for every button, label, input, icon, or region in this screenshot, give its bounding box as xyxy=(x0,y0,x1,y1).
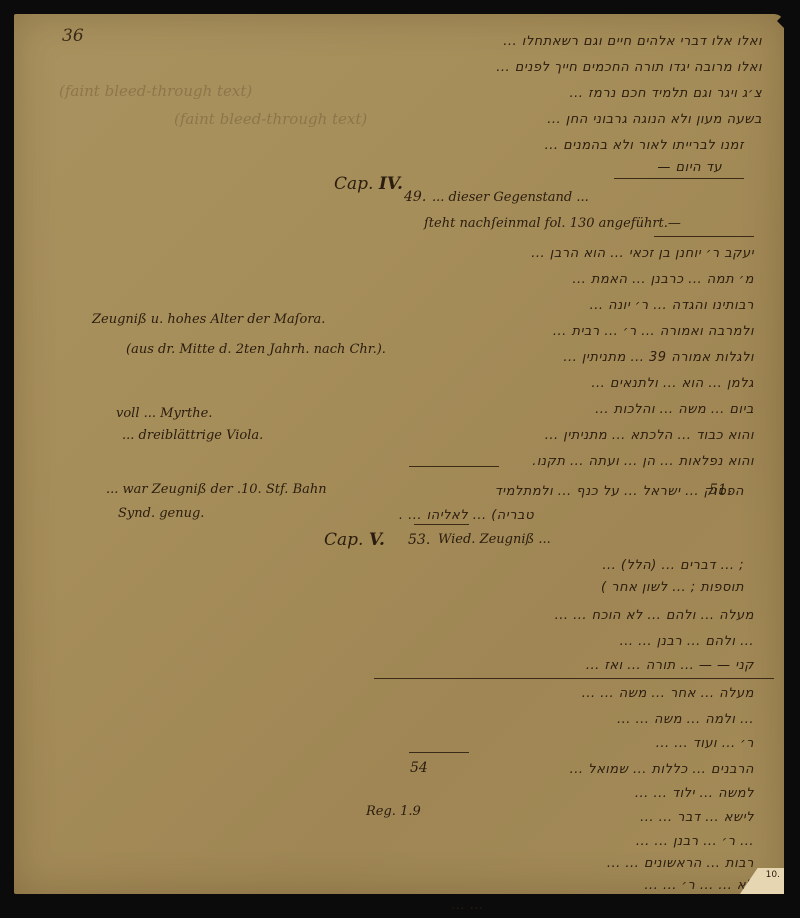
hebrew-line: והוא כבוד ... הלכתא ... מתניתין ... xyxy=(545,428,754,443)
hebrew-line: ר׳ ... ועוד ... ... xyxy=(656,736,754,751)
hebrew-line: צ׳ג ויגר וגם תלמיד חכם נרמז ... xyxy=(570,86,762,101)
section-number-49: 49. xyxy=(404,189,426,205)
hebrew-line: לישא ... דבר ... ... xyxy=(640,810,754,825)
section-divider xyxy=(374,678,774,679)
section-number-51: 51. xyxy=(709,482,731,498)
section-divider xyxy=(409,466,499,467)
margin-note: Zeugniß u. hohes Alter der Maſora. xyxy=(92,312,325,327)
hebrew-line: רבות ... הראשונים ... ... xyxy=(607,856,754,871)
chapter-heading-cap-v: Cap. V. xyxy=(324,530,385,550)
hebrew-line: תוספות ; ... לשון אחר ) xyxy=(601,580,744,595)
hebrew-line: והוא נפלאות ... הן ... ועתה ... תקנו. xyxy=(532,454,754,469)
hebrew-line: ולמרבה ואמורה ... ר׳ ... רבית ... xyxy=(553,324,754,339)
hebrew-line: מ׳ תמה ... כרבנן ... האמת ... xyxy=(572,272,754,287)
hebrew-line: זמנו לברייתו לאור ולא בהמנים ... xyxy=(545,138,744,153)
hebrew-line: מעלה ... ולהם ... לא הוכח ... ... xyxy=(555,608,754,623)
chapter-numeral: IV. xyxy=(379,174,403,194)
section-divider xyxy=(414,524,469,525)
hebrew-line: ... ולמה ... משה ... ... xyxy=(617,712,754,727)
hebrew-line: ולגלות אמורה 39 ... מתניתין ... xyxy=(563,350,754,365)
margin-note: (aus dr. Mitte d. 2ten Jahrh. nach Chr.)… xyxy=(126,342,386,357)
section-divider xyxy=(614,178,744,179)
hebrew-line: הפסוק ... ישראל ... על כנף ... ולמתלמיד xyxy=(495,484,744,499)
margin-note: Synd. genug. xyxy=(118,506,204,521)
chapter-numeral: V. xyxy=(369,530,385,550)
hebrew-line: יעקב ר׳ יוחנן בן זכאי ... הוא הרבן ... xyxy=(531,246,754,261)
hebrew-line: בשעה מעון ולא הנוגה גרבוני החן ... xyxy=(547,112,762,127)
hebrew-line: מעלה ... אחר ... משה ... ... xyxy=(582,686,754,701)
hebrew-line: טבריה) ... לאליהו ... . xyxy=(399,508,534,523)
german-inline-note: Wied. Zeugniß ... xyxy=(438,532,551,547)
section-divider xyxy=(409,752,469,753)
chapter-prefix: Cap. xyxy=(324,530,363,550)
german-line: ſteht nachſeinmal fol. 130 angeführt.— xyxy=(424,216,681,231)
hebrew-line: ואלו מרובה יגדו תורה החכמים חייך לפנים .… xyxy=(496,60,762,75)
hebrew-line: גלמן ... הוא ... ולתנאים ... xyxy=(591,376,754,391)
page-number: 36 xyxy=(62,26,84,46)
margin-note: voll ... Myrthe. xyxy=(116,406,212,421)
section-number-53: 53. xyxy=(408,532,430,548)
chapter-prefix: Cap. xyxy=(334,174,373,194)
hebrew-line: רבותינו והגדה ... ר׳ יונה ... xyxy=(590,298,754,313)
bleed-through-line: (faint bleed-through text) xyxy=(59,82,252,100)
hebrew-line: ביום ... משה ... והלכות ... xyxy=(595,402,754,417)
chapter-heading-cap-iv: Cap. IV. xyxy=(334,174,403,194)
margin-note: ... war Zeugniß der .10. Stf. Bahn xyxy=(106,482,327,497)
manuscript-page: 36 (faint bleed-through text) (faint ble… xyxy=(14,14,784,894)
hebrew-line: ... ולהם ... רבנן ... ... xyxy=(620,634,754,649)
hebrew-line: ואלו אלו דברי אלהים חיים וגם רשאתחלו ... xyxy=(503,34,762,49)
margin-note: ... dreiblättrige Viola. xyxy=(122,428,263,443)
hebrew-line: הרבנים ... כללות ... שמואל ... xyxy=(570,762,754,777)
section-number-54: 54 xyxy=(410,760,428,776)
hebrew-line: ... ... xyxy=(452,898,484,913)
bleed-through-line: (faint bleed-through text) xyxy=(174,110,367,128)
german-line: ... dieser Gegenstand ... xyxy=(432,190,589,205)
margin-note-reference: Reg. 1.9 xyxy=(366,804,421,819)
hebrew-line: קני — — ... תורה ... ואז ... xyxy=(586,658,754,673)
hebrew-line: למשה ... ילוד ... ... xyxy=(635,786,754,801)
hebrew-line: עד היום — xyxy=(657,160,722,175)
hebrew-line: לא ... ... ר׳ ... ... xyxy=(644,878,754,893)
section-divider xyxy=(654,236,754,237)
hebrew-line: ... ר׳ ... רבנן ... ... xyxy=(636,834,754,849)
hebrew-line: ; ... דברים ... (הלל) ... xyxy=(602,558,744,573)
